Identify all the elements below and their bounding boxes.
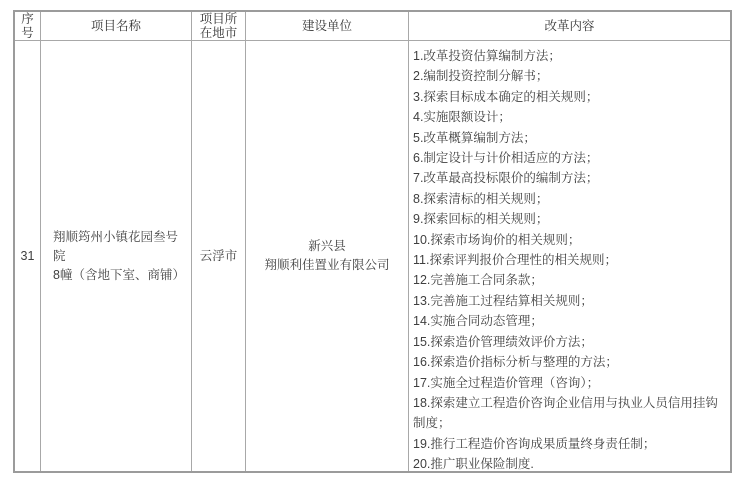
reform-item-17: 17.实施全过程造价管理（咨询）； (413, 373, 728, 393)
cell-reform-content: 1.改革投资估算编制方法； 2.编制投资控制分解书； 3.探索目标成本确定的相关… (409, 41, 730, 471)
reform-item-20: 20.推广职业保险制度. (413, 454, 728, 471)
serial-number-value: 31 (21, 247, 35, 266)
cell-project-name: 翔顺筠州小镇花园叁号院 8幢（含地下室、商铺） (41, 41, 192, 471)
header-serial-number: 序 号 (15, 12, 41, 41)
reform-item-13: 13.完善施工过程结算相关规则； (413, 291, 728, 311)
header-project-name-label: 项目名称 (91, 19, 141, 33)
header-construction-unit-label: 建设单位 (302, 19, 352, 33)
reform-item-4: 4.实施限额设计； (413, 107, 728, 127)
reform-item-15: 15.探索造价管理绩效评价方法； (413, 332, 728, 352)
header-serial-line1: 序 (21, 12, 34, 26)
header-project-name: 项目名称 (41, 12, 192, 41)
reform-item-6: 6.制定设计与计价相适应的方法； (413, 148, 728, 168)
reform-item-12: 12.完善施工合同条款； (413, 270, 728, 290)
project-name-line2: 8幢（含地下室、商铺） (53, 266, 185, 285)
reform-projects-table: 序 号 项目名称 项目所 在地市 建设单位 改革内容 31 翔顺筠州小镇花园叁号… (13, 10, 732, 473)
reform-item-14: 14.实施合同动态管理； (413, 311, 728, 331)
cell-project-city: 云浮市 (192, 41, 246, 471)
reform-item-5: 5.改革概算编制方法； (413, 128, 728, 148)
header-serial-line2: 号 (21, 26, 34, 40)
reform-item-16: 16.探索造价指标分析与整理的方法； (413, 352, 728, 372)
reform-item-11: 11.探索评判报价合理性的相关规则； (413, 250, 728, 270)
cell-serial-number: 31 (15, 41, 41, 471)
header-reform-content-label: 改革内容 (544, 19, 594, 33)
header-city-line2: 在地市 (200, 26, 238, 40)
header-construction-unit: 建设单位 (246, 12, 409, 41)
reform-item-3: 3.探索目标成本确定的相关规则； (413, 87, 728, 107)
header-city-line1: 项目所 (200, 12, 238, 26)
reform-item-9: 9.探索回标的相关规则； (413, 209, 728, 229)
reform-item-19: 19.推行工程造价咨询成果质量终身责任制； (413, 434, 728, 454)
project-city-value: 云浮市 (200, 247, 238, 266)
reform-item-2: 2.编制投资控制分解书； (413, 66, 728, 86)
reform-item-18: 18.探索建立工程造价咨询企业信用与执业人员信用挂钩制度； (413, 393, 728, 434)
header-reform-content: 改革内容 (409, 12, 730, 41)
reform-item-1: 1.改革投资估算编制方法； (413, 46, 728, 66)
cell-construction-unit: 新兴县 翔顺利佳置业有限公司 (246, 41, 409, 471)
reform-item-7: 7.改革最高投标限价的编制方法； (413, 168, 728, 188)
reform-item-10: 10.探索市场询价的相关规则； (413, 230, 728, 250)
reform-item-8: 8.探索清标的相关规则； (413, 189, 728, 209)
construction-unit-line1: 新兴县 (308, 237, 346, 256)
header-project-city: 项目所 在地市 (192, 12, 246, 41)
construction-unit-line2: 翔顺利佳置业有限公司 (264, 256, 389, 275)
project-name-line1: 翔顺筠州小镇花园叁号院 (53, 228, 189, 266)
